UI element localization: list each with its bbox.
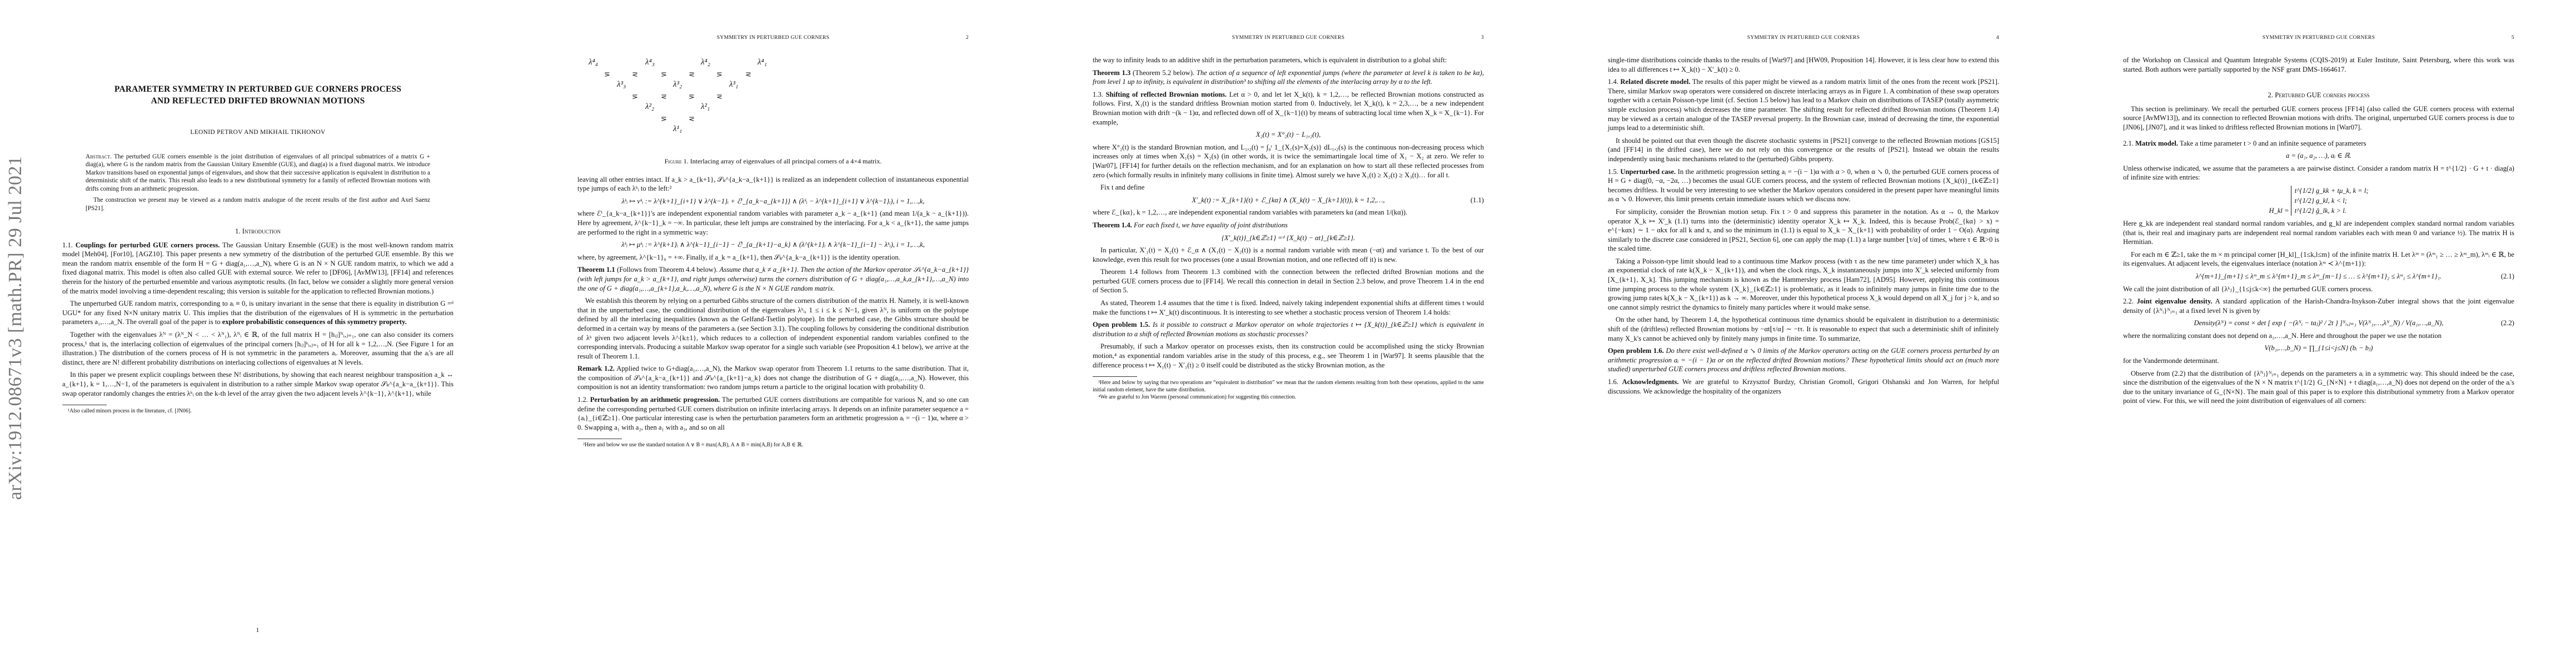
- open-problem-heading: Open problem 1.6.: [1608, 347, 1664, 355]
- paragraph: For each m ∈ ℤ≥1, take the m × m princip…: [2123, 250, 2514, 268]
- paragraph: In particular, X′₁(t) = X₂(t) + ℰ_α ∧ (X…: [1093, 246, 1484, 264]
- equation-cases: t^{1/2} g_kk + tμ_k, k = l; t^{1/2} g_kl…: [2291, 186, 2369, 216]
- open-problem-heading: Open problem 1.5.: [1093, 321, 1150, 328]
- interlace-arrow-icon: ⋜: [745, 70, 751, 79]
- subsection-heading: Shifting of reflected Brownian motions.: [1106, 91, 1227, 98]
- paragraph: Here g_kk are independent real standard …: [2123, 219, 2514, 247]
- interlace-arrow-icon: ⋝: [661, 70, 667, 79]
- interlace-arrow-icon: ⋝: [716, 70, 723, 79]
- page-number: 5: [2512, 34, 2514, 41]
- equation-number: (1.1): [1471, 196, 1484, 205]
- paragraph: Take a time parameter t > 0 and an infin…: [2180, 140, 2366, 147]
- subsection-number: 1.2.: [577, 396, 588, 404]
- page-number: 4: [1996, 34, 1999, 41]
- theorem-heading: Theorem 1.1: [577, 266, 615, 273]
- paragraph: On the other hand, by Theorem 1.4, the h…: [1608, 315, 1999, 343]
- arxiv-stamp: arXiv:1912.08671v3 [math.PR] 29 Jul 2021: [4, 133, 27, 522]
- equation-vandermonde: V(b₁,…,b_N) = ∏_{1≤i<j≤N} (bᵢ − bⱼ): [2123, 344, 2514, 353]
- equation-number: (2.1): [2501, 272, 2514, 281]
- footnote: ²Here and below we use the standard nota…: [577, 441, 969, 449]
- subsection-heading: Unperturbed case.: [1620, 168, 1676, 176]
- title-line-2: AND REFLECTED DRIFTED BROWNIAN MOTIONS: [62, 95, 454, 107]
- theorem-heading: Theorem 1.4.: [1093, 221, 1132, 229]
- paragraph: Taking a Poisson-type limit should lead …: [1608, 257, 1999, 312]
- subsection-number: 2.1.: [2123, 140, 2134, 147]
- figure-node: λ³₁: [729, 80, 738, 89]
- page-3: SYMMETRY IN PERTURBED GUE CORNERS 3 the …: [1030, 0, 1546, 667]
- paragraph: where the normalizing constant does not …: [2123, 331, 2514, 341]
- equation-body: Density(λᴺ) = const × det [ exp { −(λᴺᵢ …: [2194, 319, 2443, 327]
- figure-caption-text: Interlacing array of eigenvalues of all …: [690, 157, 882, 165]
- open-problem-text: Do there exist well-defined α ↘ 0 limits…: [1608, 347, 1999, 373]
- paragraph: This section is preliminary. We recall t…: [2123, 104, 2514, 132]
- subsection-heading: Related discrete model.: [1620, 78, 1690, 86]
- equation-number: (2.2): [2501, 318, 2514, 328]
- footnote: ⁴We are grateful to Jon Warren (personal…: [1093, 394, 1484, 401]
- footnote: ¹Also called minors process in the liter…: [62, 407, 454, 415]
- theorem-text: For each fixed t, we have equality of jo…: [1134, 221, 1288, 229]
- interlace-arrow-icon: ⋝: [632, 92, 638, 102]
- document-viewer: arXiv:1912.08671v3 [math.PR] 29 Jul 2021…: [0, 0, 2576, 667]
- figure-interlacing-array: λ⁴₄ λ⁴₃ λ⁴₂ λ⁴₁ λ³₃ λ³₂ λ³₁ λ²₂ λ²₁ λ¹₁ …: [577, 58, 969, 152]
- paragraph: It should be pointed out that even thoug…: [1608, 136, 1999, 164]
- paragraph: of the Workshop on Classical and Quantum…: [2123, 56, 2514, 74]
- paragraph: We call the joint distribution of all {λ…: [2123, 285, 2514, 294]
- paragraph: As stated, Theorem 1.4 assumes that the …: [1093, 298, 1484, 317]
- equation-body: λ^{m+1}_{m+1} ≤ λᵐ_m ≤ λ^{m+1}_m ≤ λᵐ_{m…: [2196, 272, 2442, 280]
- footnote-rule: [577, 439, 622, 439]
- footnote-rule: [1093, 376, 1137, 377]
- theorem-heading: Theorem 1.3: [1093, 69, 1130, 77]
- equation-case: t^{1/2} g_kk + tμ_k, k = l;: [2295, 186, 2369, 196]
- equation-case: t^{1/2} g_kl, k < l;: [2295, 196, 2369, 206]
- paragraph: Unless otherwise indicated, we assume th…: [2123, 164, 2514, 182]
- equation: a = (a₁, a₂, …), aᵢ ∈ ℝ.: [2123, 151, 2514, 161]
- page-1-body: PARAMETER SYMMETRY IN PERTURBED GUE CORN…: [62, 83, 454, 415]
- authors: LEONID PETROV AND MIKHAIL TIKHONOV: [62, 128, 454, 137]
- interlace-arrow-icon: ⋝: [604, 70, 610, 79]
- figure-node: λ²₂: [645, 102, 654, 112]
- figure-node: λ³₃: [617, 80, 626, 89]
- page-4-body: single-time distributions coincide thank…: [1608, 56, 1999, 399]
- subsection-heading: Couplings for perturbed GUE corners proc…: [76, 241, 220, 249]
- paragraph: where, by agreement, λ^{k−1}₀ = +∞. Fina…: [577, 253, 969, 262]
- footnote: ³Here and below by saying that two opera…: [1093, 379, 1484, 394]
- equation-2-2: Density(λᴺ) = const × det [ exp { −(λᴺᵢ …: [2123, 318, 2514, 328]
- equation-matrix-entries: H_kl = t^{1/2} g_kk + tμ_k, k = l; t^{1/…: [2123, 186, 2514, 216]
- interlace-arrow-icon: ⋜: [632, 70, 638, 79]
- section-title-introduction: 1. Introduction: [62, 227, 454, 236]
- interlace-arrow-icon: ⋝: [661, 115, 667, 124]
- subsection-heading: Matrix model.: [2135, 140, 2178, 147]
- figure-node: λ⁴₄: [589, 58, 598, 67]
- figure-node: λ⁴₃: [645, 58, 655, 67]
- paragraph: single-time distributions coincide thank…: [1608, 56, 1999, 74]
- emphasis-text: explore probabilistic consequences of th…: [222, 318, 407, 326]
- paragraph: leaving all other entries intact. If a_k…: [577, 175, 969, 193]
- page-number: 2: [966, 34, 969, 41]
- paragraph: where X°₂(t) is the standard Brownian mo…: [1093, 143, 1484, 180]
- page-5-body: of the Workshop on Classical and Quantum…: [2123, 56, 2514, 409]
- page-3-body: the way to infinity leads to an additive…: [1093, 56, 1484, 401]
- subsection-number: 1.4.: [1608, 78, 1618, 86]
- paragraph: Fix t and define: [1093, 183, 1484, 192]
- subsection-number: 1.3.: [1093, 91, 1103, 98]
- running-header: SYMMETRY IN PERTURBED GUE CORNERS 4: [1608, 34, 1999, 41]
- paragraph: Observe from (2.2) that the distribution…: [2123, 369, 2514, 406]
- subsection-heading: Acknowledgments.: [1622, 378, 1679, 386]
- subsection-heading: Joint eigenvalue density.: [2137, 297, 2213, 305]
- figure-node: λ⁴₁: [758, 58, 767, 67]
- paragraph: where ℰⁱ_{a_k−a_{k+1}}'s are independent…: [577, 209, 969, 237]
- abstract-text: The perturbed GUE corners ensemble is th…: [86, 153, 430, 192]
- paragraph: for the Vandermonde determinant.: [2123, 356, 2514, 366]
- figure-node: λ¹₁: [673, 125, 682, 134]
- page-5: SYMMETRY IN PERTURBED GUE CORNERS 5 of t…: [2061, 0, 2576, 667]
- equation-lhs: H_kl =: [2269, 207, 2289, 215]
- equation-body: X′_k(t) := X_{k+1}(t) + ℰ_{kα} ∧ (X_k(t)…: [1192, 196, 1385, 204]
- interlace-arrow-icon: ⋝: [689, 92, 695, 102]
- interlace-arrow-icon: ⋜: [689, 115, 695, 124]
- footnote-rule: [62, 405, 107, 405]
- figure-caption: Figure 1. Interlacing array of eigenvalu…: [577, 157, 969, 166]
- equation-case: t^{1/2} ḡ_lk, k > l.: [2295, 206, 2369, 216]
- interlace-arrow-icon: ⋜: [716, 92, 723, 102]
- paragraph: The Gaussian Unitary Ensemble (GUE) is t…: [62, 241, 454, 295]
- arxiv-identifier: arXiv:1912.08671v3 [math.PR] 29 Jul 2021: [5, 156, 26, 500]
- subsection-number: 1.1.: [62, 241, 73, 249]
- paragraph: In this paper we present explicit coupli…: [62, 370, 454, 398]
- abstract: Abstract. The perturbed GUE corners ense…: [86, 153, 430, 213]
- theorem-reference: (Follows from Theorem 4.4 below).: [617, 266, 718, 273]
- page-number: 1: [0, 627, 515, 634]
- page-number: 3: [1481, 34, 1484, 41]
- running-header: SYMMETRY IN PERTURBED GUE CORNERS 3: [1093, 34, 1484, 41]
- equation-1-1: X′_k(t) := X_{k+1}(t) + ℰ_{kα} ∧ (X_k(t)…: [1093, 196, 1484, 205]
- paragraph: The results of this paper might be viewe…: [1608, 78, 1999, 132]
- paragraph: Presumably, if such a Markov operator on…: [1093, 342, 1484, 370]
- equation: {X′_k(t)}_{k∈ℤ≥1} =ᵈ {X_k(t) − αt}_{k∈ℤ≥…: [1093, 233, 1484, 243]
- remark-heading: Remark 1.2.: [577, 365, 615, 372]
- running-header: SYMMETRY IN PERTURBED GUE CORNERS 5: [2123, 34, 2514, 41]
- equation: λᵏᵢ ↦ μᵏᵢ := λ^{k+1}ᵢ ∧ λ^{k−1}_{i−1} − …: [577, 240, 969, 250]
- equation: X₂(t) = X°₂(t) − L₁,₂(t),: [1093, 130, 1484, 140]
- paper-title: PARAMETER SYMMETRY IN PERTURBED GUE CORN…: [62, 83, 454, 107]
- open-problem-text: Is it possible to construct a Markov ope…: [1093, 321, 1484, 338]
- paragraph: For simplicity, consider the Brownian mo…: [1608, 207, 1999, 253]
- equation-2-1: λ^{m+1}_{m+1} ≤ λᵐ_m ≤ λ^{m+1}_m ≤ λᵐ_{m…: [2123, 272, 2514, 281]
- paragraph: We establish this theorem by relying on …: [577, 296, 969, 361]
- running-head-text: SYMMETRY IN PERTURBED GUE CORNERS: [2123, 34, 2514, 41]
- running-head-text: SYMMETRY IN PERTURBED GUE CORNERS: [577, 34, 969, 41]
- abstract-text-2: The construction we present may be viewe…: [86, 196, 430, 212]
- subsection-number: 1.5.: [1608, 168, 1618, 176]
- figure-node: λ²₁: [701, 102, 710, 112]
- running-head-text: SYMMETRY IN PERTURBED GUE CORNERS: [1608, 34, 1999, 41]
- paragraph: where ℰ_{kα}, k = 1,2,…, are independent…: [1093, 208, 1484, 217]
- remark-text: Applied twice to G+diag(a₁,…,a_N), the M…: [577, 365, 969, 391]
- paragraph: Theorem 1.4 follows from Theorem 1.3 com…: [1093, 267, 1484, 295]
- theorem-reference: (Theorem 5.2 below).: [1133, 69, 1194, 77]
- interlace-arrow-icon: ⋜: [661, 92, 667, 102]
- interlace-arrow-icon: ⋜: [689, 70, 695, 79]
- subsection-number: 2.2.: [2123, 297, 2134, 305]
- page-1: arXiv:1912.08671v3 [math.PR] 29 Jul 2021…: [0, 0, 515, 667]
- abstract-label: Abstract.: [86, 153, 112, 160]
- page-2: SYMMETRY IN PERTURBED GUE CORNERS 2 λ⁴₄ …: [515, 0, 1030, 667]
- title-line-1: PARAMETER SYMMETRY IN PERTURBED GUE CORN…: [62, 83, 454, 95]
- subsection-heading: Perturbation by an arithmetic progressio…: [590, 396, 720, 404]
- paragraph: Together with the eigenvalues λᴺ = (λᴺ_N…: [62, 330, 454, 367]
- running-header: SYMMETRY IN PERTURBED GUE CORNERS 2: [577, 34, 969, 41]
- figure-label: Figure 1.: [665, 157, 689, 165]
- figure-node: λ³₂: [673, 80, 682, 89]
- running-head-text: SYMMETRY IN PERTURBED GUE CORNERS: [1093, 34, 1484, 41]
- figure-node: λ⁴₂: [701, 58, 710, 67]
- section-title-perturbed-gue: 2. Perturbed GUE corners process: [2123, 91, 2514, 100]
- subsection-number: 1.6.: [1608, 378, 1618, 386]
- equation: λᵏᵢ ↦ νᵏᵢ := λ^{k+1}_{i+1} ∨ λ^{k−1}ᵢ + …: [577, 197, 969, 206]
- page-4: SYMMETRY IN PERTURBED GUE CORNERS 4 sing…: [1546, 0, 2061, 667]
- page-2-body: λ⁴₄ λ⁴₃ λ⁴₂ λ⁴₁ λ³₃ λ³₂ λ³₁ λ²₂ λ²₁ λ¹₁ …: [577, 56, 969, 449]
- paragraph: the way to infinity leads to an additive…: [1093, 56, 1484, 65]
